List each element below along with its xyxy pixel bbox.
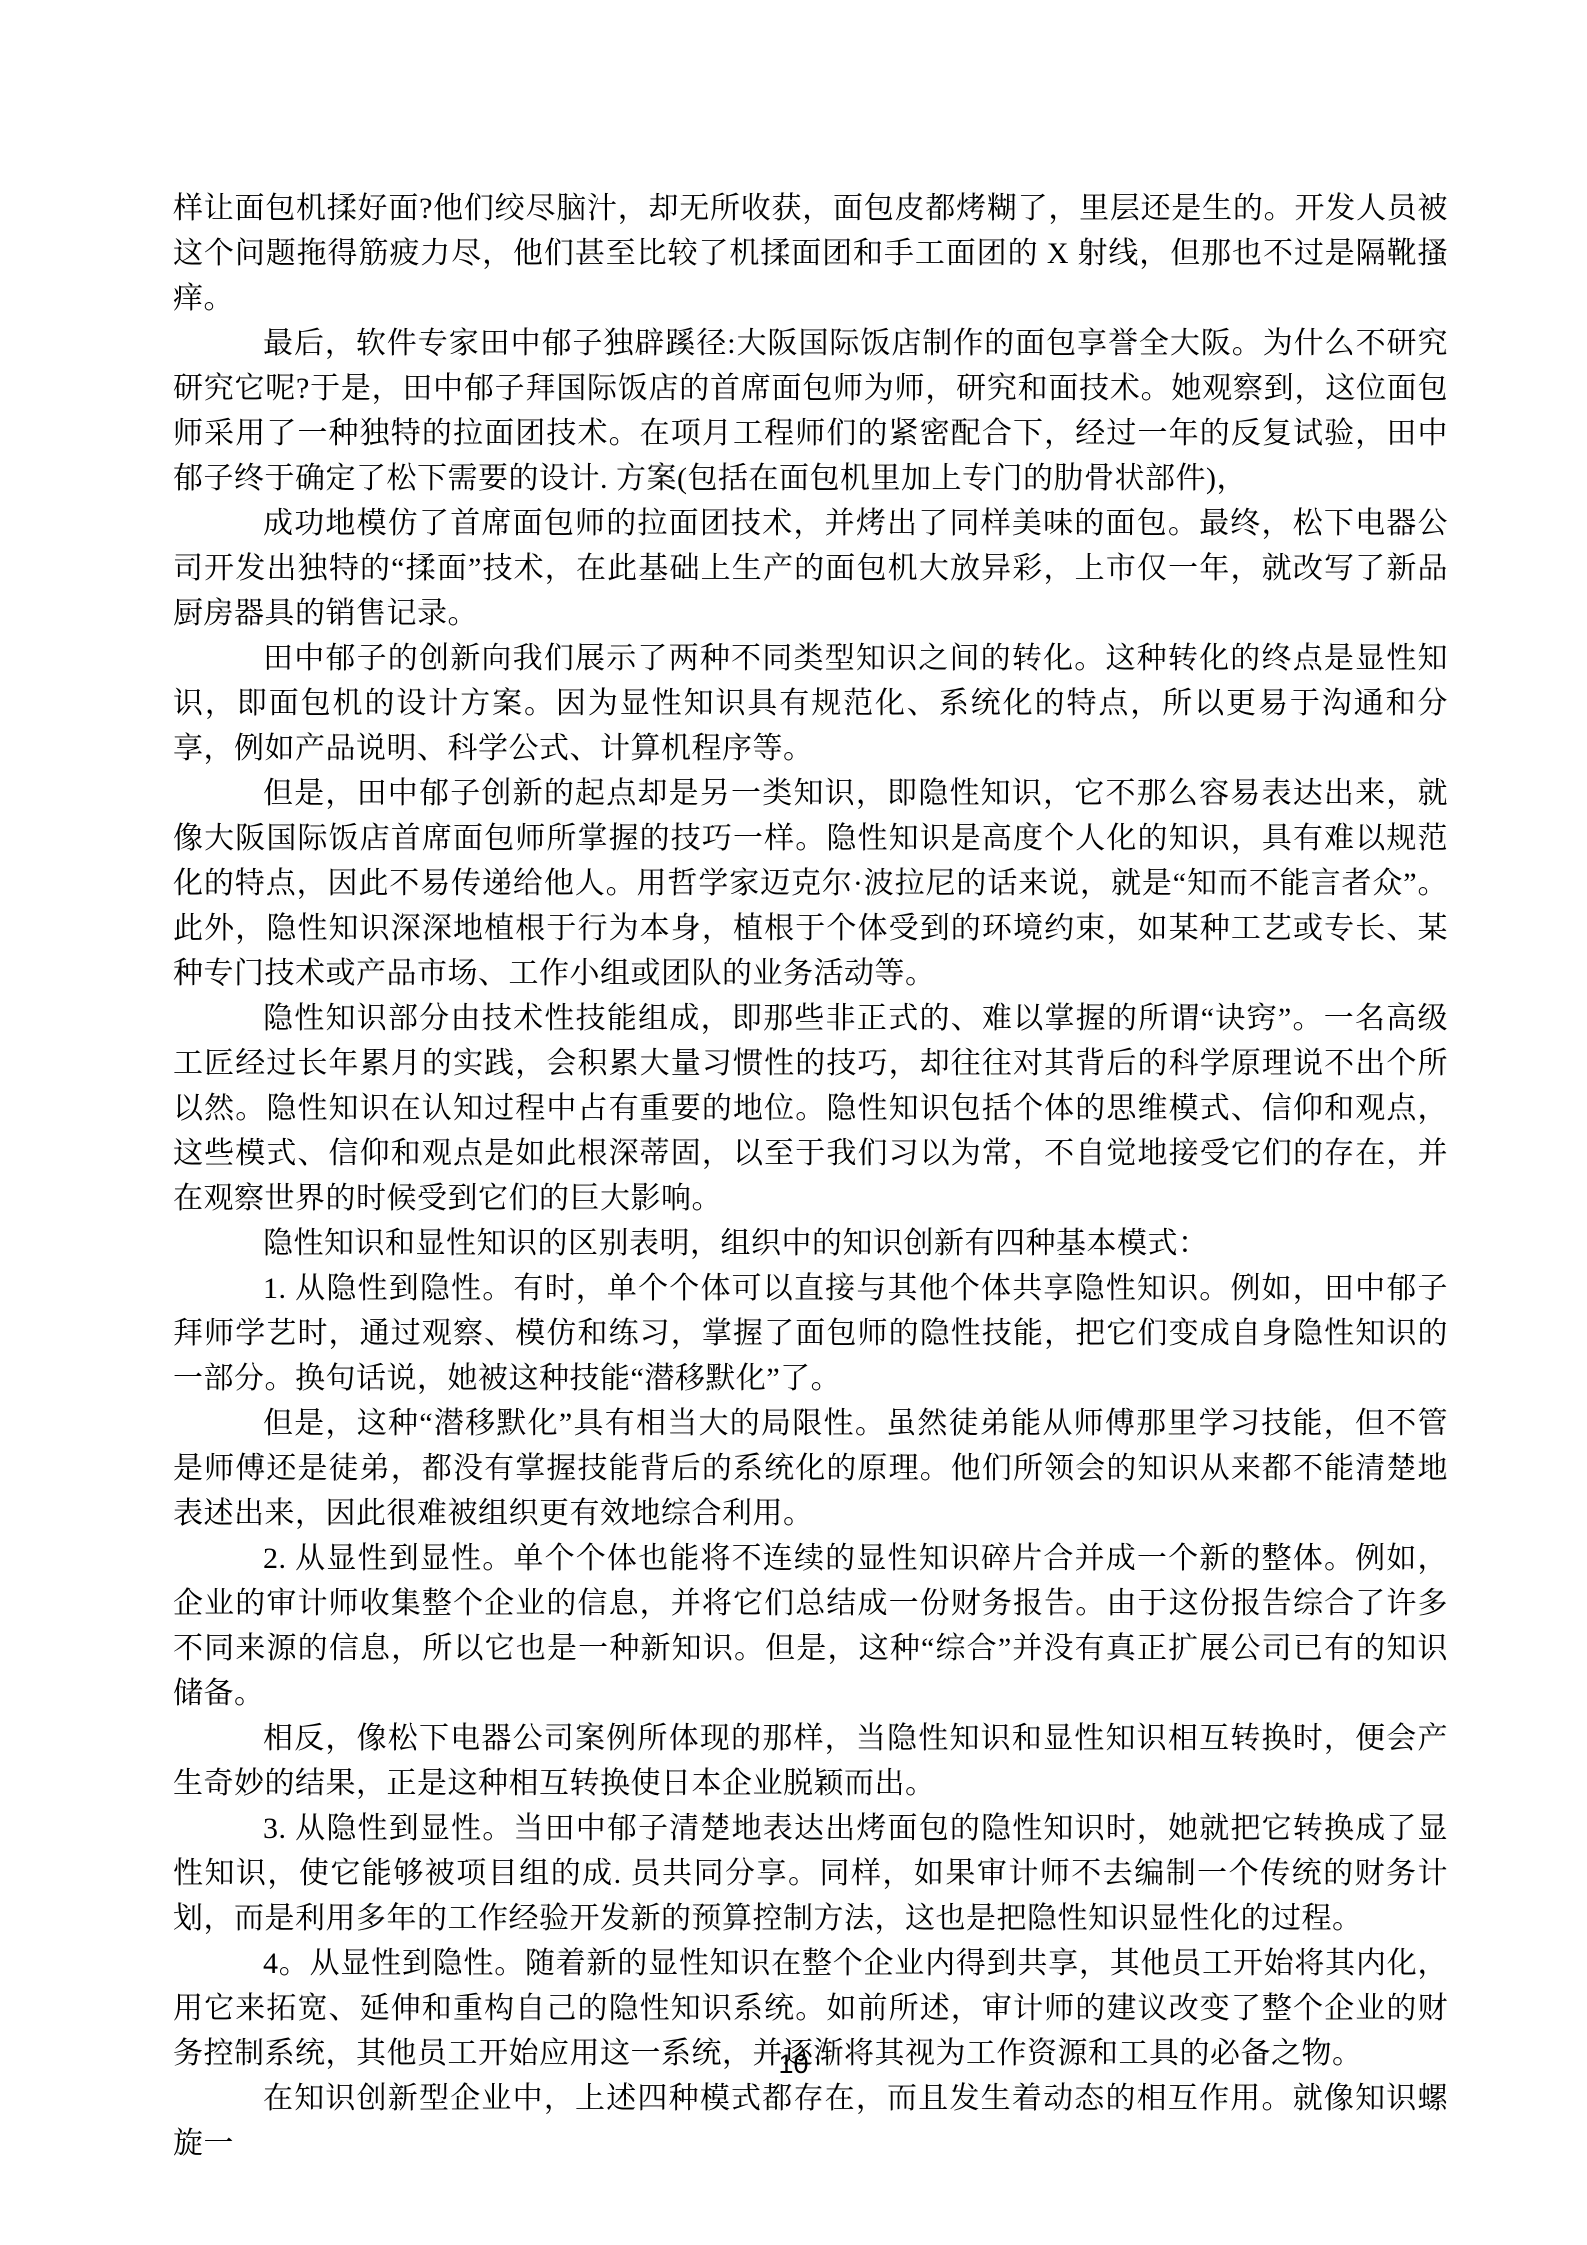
paragraph-list-item-1: 1. 从隐性到隐性。有时，单个个体可以直接与其他个体共享隐性知识。例如，田中郁子… bbox=[173, 1266, 1448, 1401]
paragraph: 田中郁子的创新向我们展示了两种不同类型知识之间的转化。这种转化的终点是显性知识，… bbox=[173, 636, 1448, 771]
paragraph: 隐性知识和显性知识的区别表明，组织中的知识创新有四种基本模式： bbox=[173, 1221, 1448, 1266]
page-number: 10 bbox=[0, 2048, 1587, 2080]
paragraph: 但是，这种“潜移默化”具有相当大的局限性。虽然徒弟能从师傅那里学习技能，但不管是… bbox=[173, 1401, 1448, 1536]
paragraph: 成功地模仿了首席面包师的拉面团技术，并烤出了同样美味的面包。最终，松下电器公司开… bbox=[173, 501, 1448, 636]
paragraph: 样让面包机揉好面?他们绞尽脑汁，却无所收获，面包皮都烤糊了，里层还是生的。开发人… bbox=[173, 186, 1448, 321]
document-page: 样让面包机揉好面?他们绞尽脑汁，却无所收获，面包皮都烤糊了，里层还是生的。开发人… bbox=[0, 0, 1587, 2245]
paragraph: 相反，像松下电器公司案例所体现的那样，当隐性知识和显性知识相互转换时，便会产生奇… bbox=[173, 1716, 1448, 1806]
paragraph: 在知识创新型企业中，上述四种模式都存在，而且发生着动态的相互作用。就像知识螺旋一 bbox=[173, 2076, 1448, 2166]
page-body-text: 样让面包机揉好面?他们绞尽脑汁，却无所收获，面包皮都烤糊了，里层还是生的。开发人… bbox=[173, 186, 1448, 2166]
paragraph: 最后，软件专家田中郁子独辟蹊径:大阪国际饭店制作的面包享誉全大阪。为什么不研究研… bbox=[173, 321, 1448, 501]
paragraph: 但是，田中郁子创新的起点却是另一类知识，即隐性知识，它不那么容易表达出来，就像大… bbox=[173, 771, 1448, 996]
paragraph-list-item-3: 3. 从隐性到显性。当田中郁子清楚地表达出烤面包的隐性知识时，她就把它转换成了显… bbox=[173, 1806, 1448, 1941]
paragraph-list-item-2: 2. 从显性到显性。单个个体也能将不连续的显性知识碎片合并成一个新的整体。例如，… bbox=[173, 1536, 1448, 1716]
paragraph: 隐性知识部分由技术性技能组成，即那些非正式的、难以掌握的所谓“诀窍”。一名高级工… bbox=[173, 996, 1448, 1221]
